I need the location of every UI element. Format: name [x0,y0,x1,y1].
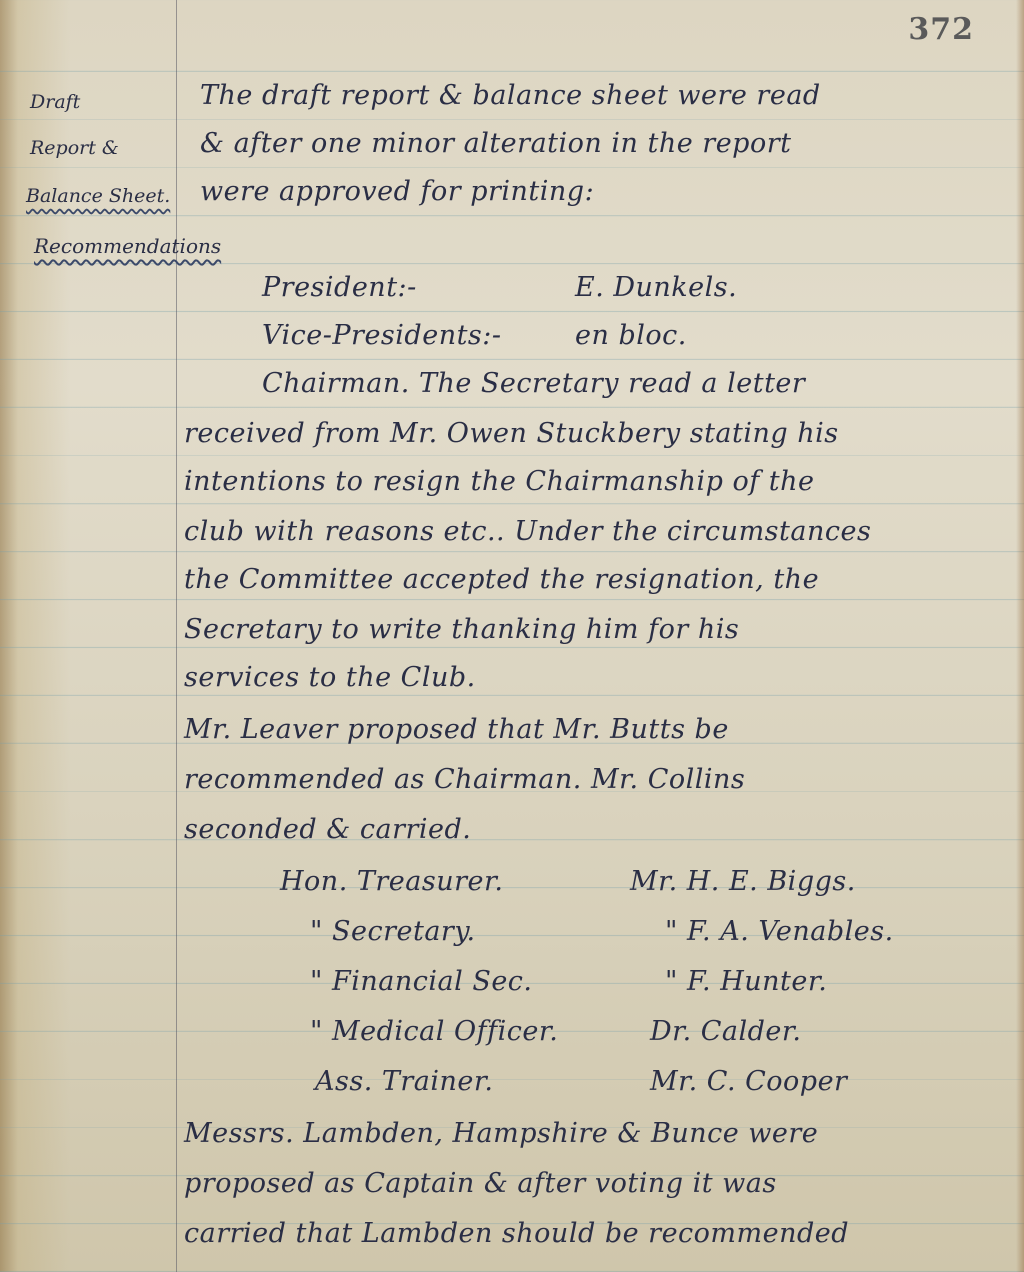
chairman-line-7: services to the Club. [184,662,476,693]
captain-line-2: proposed as Captain & after voting it wa… [184,1168,777,1199]
draft-report-line-1: The draft report & balance sheet were re… [200,80,821,111]
margin-note-recommendations: Recommendations [34,222,221,270]
officer-name-president: E. Dunkels. [575,272,737,303]
captain-line-1: Messrs. Lambden, Hampshire & Bunce were [184,1118,818,1149]
proposal-line-1: Mr. Leaver proposed that Mr. Butts be [184,714,729,745]
appointment-role-secretary: " Secretary. [310,916,476,947]
appointment-name-financial-sec: " F. Hunter. [665,966,827,997]
appointment-role-financial-sec: " Financial Sec. [310,966,533,997]
appointment-name-treasurer: Mr. H. E. Biggs. [630,866,856,897]
proposal-line-3: seconded & carried. [184,814,471,845]
draft-report-line-3: were approved for printing: [200,176,594,207]
chairman-line-4: club with reasons etc.. Under the circum… [184,516,871,547]
captain-line-3: carried that Lambden should be recommend… [184,1218,849,1249]
officer-role-vice-presidents: Vice-Presidents:- [262,320,502,351]
appointment-role-medical-officer: " Medical Officer. [310,1016,558,1047]
chairman-line-2: received from Mr. Owen Stuckbery stating… [184,418,839,449]
chairman-line-3: intentions to resign the Chairmanship of… [184,466,815,497]
appointment-name-secretary: " F. A. Venables. [665,916,894,947]
draft-report-line-2: & after one minor alteration in the repo… [200,128,791,159]
officer-role-president: President:- [262,272,417,303]
appointment-name-ass-trainer: Mr. C. Cooper [650,1066,847,1097]
margin-rule [176,0,177,1272]
margin-note-report: Report & [30,124,119,172]
page-number: 372 [908,12,974,47]
chairman-line-5: the Committee accepted the resignation, … [184,564,819,595]
chairman-line-1: Chairman. The Secretary read a letter [262,368,805,399]
officer-name-vice-presidents: en bloc. [575,320,687,351]
margin-note-draft: Draft [30,78,80,126]
page-edge [1016,0,1024,1272]
appointment-role-treasurer: Hon. Treasurer. [280,866,504,897]
chairman-line-6: Secretary to write thanking him for his [184,614,739,645]
proposal-line-2: recommended as Chairman. Mr. Collins [184,764,745,795]
margin-note-balance-sheet: Balance Sheet. [26,172,170,220]
ledger-page: 372 Draft Report & Balance Sheet. Recomm… [0,0,1024,1272]
appointment-role-ass-trainer: Ass. Trainer. [315,1066,493,1097]
appointment-name-medical-officer: Dr. Calder. [650,1016,801,1047]
